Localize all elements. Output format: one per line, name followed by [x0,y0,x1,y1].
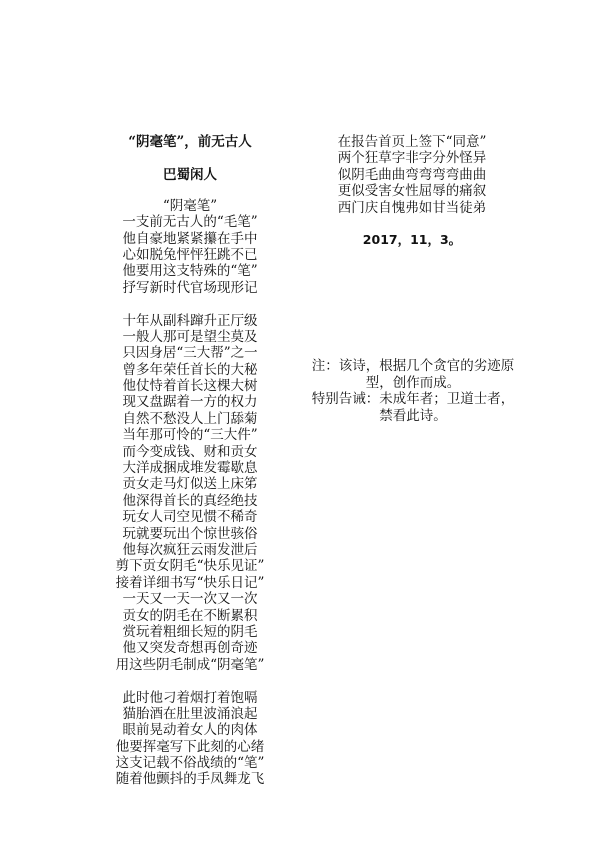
verse-line: 在报告首页上签下“同意” [312,134,512,150]
poem-author: 巴蜀闲人 [90,167,290,183]
note-warning: 特别告诫：未成年者；卫道士者，禁看此诗。 [308,391,518,424]
verse-line: 眼前晃动着女人的肉体 [90,722,290,738]
verse-line: 似阴毛曲曲弯弯弯弯曲曲 [312,167,512,183]
verse-line: 而今变成钱、财和贡女 [90,444,290,460]
verse-line: 他深得首长的真经绝技 [90,493,290,509]
verse-line: 他每次疯狂云雨发泄后 [90,542,290,558]
verse-line: 一般人那可是望尘莫及 [90,329,290,345]
verse-line: 大洋成捆成堆发霉歇息 [90,460,290,476]
verse-line: 赏玩着粗细长短的阴毛 [90,624,290,640]
stanza-3: 此时他刁着烟打着饱嗝 猫胎酒在肚里波涌浪起 眼前晃动着女人的肉体 他要挥毫写下此… [90,690,290,788]
stanza-1: 一支前无古人的“毛笔” 他自豪地紧紧攥在手中 心如脱兔怦怦狂跳不已 他要用这支特… [90,214,290,296]
verse-line: 他自豪地紧紧攥在手中 [90,231,290,247]
verse-line: 玩就要玩出个惊世骇俗 [90,526,290,542]
verse-line: 接着详细书写“快乐日记” [90,575,290,591]
poem-left-column: “阴毫笔”，前无古人 巴蜀闲人 “阴毫笔” 一支前无古人的“毛笔” 他自豪地紧紧… [90,134,290,788]
stanza-gap [90,296,290,312]
stanza-gap [90,673,290,689]
verse-line: 自然不愁没人上门舔菊 [90,411,290,427]
verse-line: 心如脱兔怦怦狂跳不已 [90,247,290,263]
poem-subtitle: “阴毫笔” [90,198,290,214]
verse-line: 一天又一天一次又一次 [90,591,290,607]
verse-line: 西门庆自愧弗如甘当徒弟 [312,200,512,216]
verse-line: 现又盘踞着一方的权力 [90,394,290,410]
verse-line: 当年那可怜的“三大件” [90,427,290,443]
stanza-2: 十年从副科蹿升正厅级 一般人那可是望尘莫及 只因身居“三大帮”之一 曾多年荣任首… [90,313,290,674]
author-note: 注：该诗，根据几个贪官的劣迹原型，创作而成。 特别告诫：未成年者；卫道士者，禁看… [308,358,518,424]
verse-line: 他要挥毫写下此刻的心绪 [90,739,290,755]
poem-title: “阴毫笔”，前无古人 [90,134,290,150]
verse-line: 剪下贡女阴毛“快乐见证” [90,558,290,574]
verse-line: 他仗恃着首长这棵大树 [90,378,290,394]
verse-line: 抒写新时代官场现形记 [90,280,290,296]
verse-line: 玩女人司空见惯不稀奇 [90,509,290,525]
verse-line: 他要用这支特殊的“笔” [90,263,290,279]
verse-line: 两个狂草字非字分外怪异 [312,150,512,166]
verse-line: 这支记载不俗战绩的“笔” [90,755,290,771]
verse-line: 贡女走马灯似送上床笫 [90,476,290,492]
verse-line: 一支前无古人的“毛笔” [90,214,290,230]
verse-line: 猫胎酒在肚里波涌浪起 [90,706,290,722]
poem-date: 2017，11，3。 [312,232,512,248]
stanza-continuation: 在报告首页上签下“同意” 两个狂草字非字分外怪异 似阴毛曲曲弯弯弯弯曲曲 更似受… [312,134,512,216]
verse-line: 用这些阴毛制成“阴毫笔” [90,657,290,673]
verse-line: 此时他刁着烟打着饱嗝 [90,690,290,706]
verse-line: 十年从副科蹿升正厅级 [90,313,290,329]
poem-right-column: 在报告首页上签下“同意” 两个狂草字非字分外怪异 似阴毛曲曲弯弯弯弯曲曲 更似受… [312,134,512,248]
verse-line: 曾多年荣任首长的大秘 [90,362,290,378]
verse-line: 他又突发奇想再创奇迹 [90,640,290,656]
verse-line: 贡女的阴毛在不断累积 [90,608,290,624]
verse-line: 只因身居“三大帮”之一 [90,345,290,361]
verse-line: 随着他颤抖的手凤舞龙飞 [90,771,290,787]
note-origin: 注：该诗，根据几个贪官的劣迹原型，创作而成。 [308,358,518,391]
verse-line: 更似受害女性屈辱的痛叙 [312,183,512,199]
